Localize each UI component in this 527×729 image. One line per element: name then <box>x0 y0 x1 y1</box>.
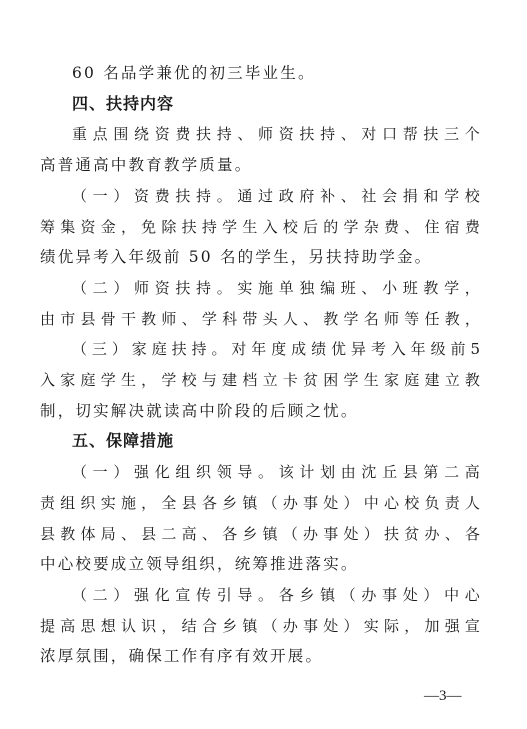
body-line: 由 市 县 骨 干 教 师 、 学 科 带 头 人 、 教 学 名 师 等 任 … <box>40 307 480 331</box>
body-line: 筹 集 资 金 ， 免 除 扶 持 学 生 入 校 后 的 学 杂 费 、 住 … <box>40 215 480 239</box>
body-line: （ 二 ） 师 资 扶 持 。 实 施 单 独 编 班 、 小 班 教 学 ， … <box>72 276 480 300</box>
section-heading-support-content: 四、扶持内容 <box>72 92 480 116</box>
body-line: 绩优异考入年级前 50 名的学生，另扶持助学金。 <box>40 245 480 269</box>
body-line: 重 点 围 绕 资 费 扶 持 、 师 资 扶 持 、 对 口 帮 扶 三 个 … <box>72 122 480 146</box>
body-line: 60 名品学兼优的初三毕业生。 <box>72 61 480 85</box>
body-line: 入 家 庭 学 生 ， 学 校 与 建 档 立 卡 贫 困 学 生 家 庭 建 … <box>40 368 480 392</box>
body-line: （ 一 ） 资 费 扶 持 。 通 过 政 府 补 、 社 会 捐 和 学 校 … <box>72 184 480 208</box>
body-line: （ 一 ） 强 化 组 织 领 导 。 该 计 划 由 沈 丘 县 第 二 高 … <box>72 460 480 484</box>
page-number: —3— <box>424 686 462 706</box>
body-line: 制，切实解决就读高中阶段的后顾之忧。 <box>40 399 480 423</box>
section-heading-safeguards: 五、保障措施 <box>72 429 480 453</box>
body-line: （ 二 ） 强 化 宣 传 引 导 。 各 乡 镇 （ 办 事 处 ） 中 心 … <box>72 583 480 607</box>
body-line: 中心校要成立领导组织，统筹推进落实。 <box>40 552 480 576</box>
body-line: 高普通高中教育教学质量。 <box>40 153 480 177</box>
document-page: 60 名品学兼优的初三毕业生。 四、扶持内容 重 点 围 绕 资 费 扶 持 、… <box>0 0 527 729</box>
body-line: 提 高 思 想 认 识 ， 结 合 乡 镇 （ 办 事 处 ） 实 际 ， 加 … <box>40 614 480 638</box>
body-line: 县 教 体 局 、 县 二 高 、 各 乡 镇 （ 办 事 处 ） 扶 贫 办 … <box>40 522 480 546</box>
body-line: （ 三 ） 家 庭 扶 持 。 对 年 度 成 绩 优 异 考 入 年 级 前 … <box>72 337 480 361</box>
body-line: 浓厚氛围，确保工作有序有效开展。 <box>40 644 480 668</box>
body-line: 责 组 织 实 施 ， 全 县 各 乡 镇 （ 办 事 处 ） 中 心 校 负 … <box>40 491 480 515</box>
